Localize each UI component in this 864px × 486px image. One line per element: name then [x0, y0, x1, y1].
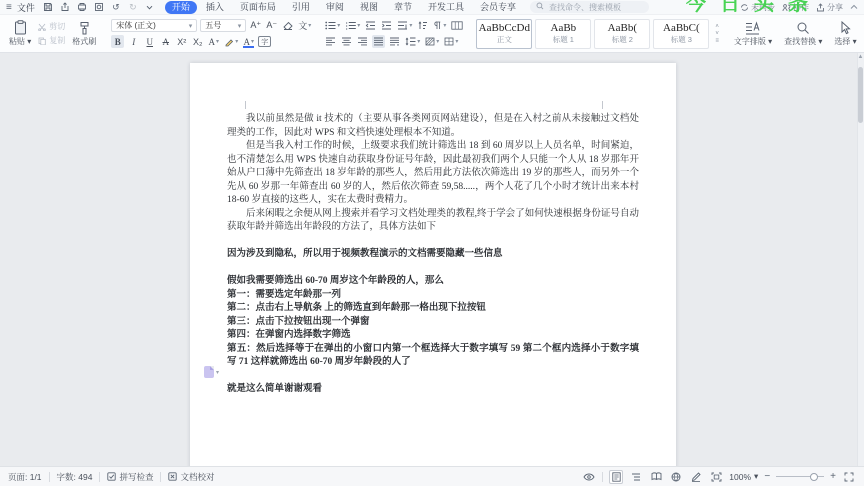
style-正文[interactable]: AaBbCcDd正文 — [476, 19, 532, 49]
show-marks-button[interactable]: ▾ — [432, 19, 447, 32]
menu-tab-视图[interactable]: 视图 — [353, 1, 385, 14]
highlight-color-button[interactable]: ▾ — [223, 35, 239, 48]
menu-tabs: 开始插入页面布局引用审阅视图章节开发工具会员专享 — [165, 1, 523, 14]
align-right-button[interactable] — [356, 35, 369, 48]
doc-paragraph[interactable]: 第五：然后选择等于在弹出的小窗口内第一个框选择大于数字填写 59 第二个框内选择… — [227, 343, 639, 370]
export-icon[interactable] — [59, 2, 71, 13]
style-name: 标题 3 — [671, 36, 692, 44]
text-layout-button[interactable]: 文字排版 ▾ — [731, 17, 775, 50]
menu-tab-插入[interactable]: 插入 — [199, 1, 231, 14]
font-name-select[interactable]: 宋体 (正文)▾ — [111, 19, 197, 32]
find-replace-button[interactable]: 查找替换 ▾ — [781, 17, 825, 50]
print-icon[interactable] — [76, 2, 88, 13]
strikethrough-button[interactable]: A — [159, 35, 172, 48]
grow-font-button[interactable]: A⁺ — [249, 19, 262, 32]
cjk-phonetic-button[interactable]: 文▾ — [297, 19, 312, 32]
vertical-scrollbar[interactable]: ▲ — [857, 53, 864, 466]
doc-paragraph[interactable]: 就是这么简单谢谢观看 — [227, 383, 639, 397]
share-button[interactable]: 分享 — [816, 2, 843, 13]
menu-tab-会员专享[interactable]: 会员专享 — [473, 1, 523, 14]
ribbon: 粘贴 ▾ 剪切 复制 格式刷 宋体 (正文)▾ — [0, 15, 864, 53]
style-name: 标题 2 — [612, 36, 633, 44]
status-bar: 页面: 1/1 字数: 494 拼写检查 文档校对 — [0, 466, 864, 486]
gallery-more-icon: ≡ — [715, 38, 719, 44]
paragraph-mark-icon — [433, 21, 442, 30]
print-preview-icon[interactable] — [93, 2, 105, 13]
style-sample: AaBbC( — [663, 23, 700, 34]
undo-icon[interactable]: ↺ — [110, 2, 122, 13]
statusbar-right-cluster: 100% ▾ − + — [582, 470, 856, 484]
search-icon — [536, 2, 544, 12]
shading-button[interactable]: ▾ — [424, 35, 440, 48]
word-count[interactable]: 字数: 494 — [57, 471, 93, 483]
copy-icon — [38, 37, 46, 45]
style-gallery: AaBbCcDd正文AaBb标题 1AaBb(标题 2AaBbC(标题 3 — [476, 17, 709, 50]
fit-page-icon[interactable] — [709, 470, 723, 484]
italic-button[interactable]: I — [127, 35, 140, 48]
menu-tab-章节[interactable]: 章节 — [387, 1, 419, 14]
eye-protection-icon[interactable] — [582, 470, 596, 484]
menubar-right-cluster: 未同步 协作 分享 — [740, 2, 858, 13]
page-indicator: 页面: 1/1 — [8, 471, 42, 483]
numbered-list-button[interactable]: ▾ — [344, 19, 361, 32]
style-gallery-scroll[interactable]: ˄˅≡ — [715, 17, 719, 50]
redo-icon[interactable]: ↻ — [127, 2, 139, 13]
paste-options-floating-button[interactable]: ▾ — [204, 366, 219, 378]
superscript-button[interactable]: X² — [175, 35, 188, 48]
increase-indent-icon — [381, 21, 392, 30]
shading-icon — [425, 37, 435, 46]
menu-tab-引用[interactable]: 引用 — [285, 1, 317, 14]
grid-paper-icon — [451, 21, 463, 30]
sync-icon — [740, 3, 749, 12]
align-center-button[interactable] — [340, 35, 353, 48]
menu-tab-审阅[interactable]: 审阅 — [319, 1, 351, 14]
document-page[interactable]: 我以前虽然是做 it 技术的（主要从事各类网页网站建设），但是在入村之前从未接触… — [190, 63, 676, 466]
sort-icon — [418, 21, 428, 30]
doc-paragraph[interactable] — [227, 262, 639, 276]
ink-mode-button[interactable] — [689, 470, 703, 484]
style-sample: AaBbCcDd — [479, 23, 530, 34]
shrink-font-button[interactable]: A⁻ — [265, 19, 278, 32]
sort-button[interactable] — [416, 19, 429, 32]
cut-icon — [38, 23, 46, 31]
doc-paragraph[interactable]: 假如我需要筛选出 60-70 周岁这个年龄段的人，那么 — [227, 275, 639, 289]
sync-status[interactable]: 未同步 — [740, 2, 775, 13]
char-border-button[interactable]: 字 — [258, 36, 271, 47]
document-text[interactable]: 我以前虽然是做 it 技术的（主要从事各类网页网站建设），但是在入村之前从未接触… — [227, 113, 639, 397]
distribute-button[interactable] — [388, 35, 401, 48]
subscript-button[interactable]: X₂ — [191, 35, 204, 48]
proofread-button[interactable]: 文档校对 — [168, 471, 214, 483]
menu-tab-开发工具[interactable]: 开发工具 — [421, 1, 471, 14]
text-effects-button[interactable]: A▾ — [207, 35, 220, 48]
style-name: 标题 1 — [553, 36, 574, 44]
borders-icon — [444, 37, 454, 46]
copy-button[interactable]: 复制 — [38, 35, 65, 46]
menu-bar: ≡ 文件 ↺ ↻ 开始插入页面布局引用审阅视图章节开发工具会员专享 — [0, 0, 864, 15]
menu-tab-页面布局[interactable]: 页面布局 — [233, 1, 283, 14]
text-layout-icon — [745, 21, 760, 35]
increase-indent-button[interactable] — [380, 19, 393, 32]
collapse-ribbon-icon[interactable] — [850, 3, 858, 12]
doc-paragraph[interactable]: 因为涉及到隐私，所以用于视频教程演示的文档需要隐藏一些信息 — [227, 248, 639, 262]
find-replace-icon — [796, 21, 810, 35]
margin-mark — [602, 101, 603, 109]
decrease-indent-button[interactable] — [364, 19, 377, 32]
read-mode-button[interactable] — [649, 470, 663, 484]
scrollbar-thumb[interactable] — [858, 67, 863, 123]
share-icon — [816, 3, 825, 12]
bullet-list-icon — [325, 21, 336, 30]
zoom-level[interactable]: 100% ▾ — [729, 471, 758, 482]
outline-view-button[interactable] — [629, 470, 643, 484]
chevron-down-icon: ▾ — [216, 369, 219, 376]
bold-button[interactable]: B — [111, 35, 124, 48]
zoom-out-button[interactable]: − — [764, 472, 770, 482]
align-left-button[interactable] — [324, 35, 337, 48]
style-标题 3[interactable]: AaBbC(标题 3 — [653, 19, 709, 49]
spell-check-button[interactable]: 拼写检查 — [107, 471, 153, 483]
file-menu-button[interactable]: 文件 — [17, 1, 35, 14]
gallery-down-icon: ˅ — [715, 31, 719, 37]
doc-paragraph[interactable]: 但是当我入村工作的时候，上级要求我们统计筛选出 18 到 60 周岁以上人员名单… — [227, 140, 639, 208]
line-spacing-button[interactable]: ▾ — [404, 35, 421, 48]
command-search[interactable] — [530, 1, 649, 13]
hamburger-icon[interactable]: ≡ — [6, 2, 12, 13]
wps-writer-window: ≡ 文件 ↺ ↻ 开始插入页面布局引用审阅视图章节开发工具会员专享 — [0, 0, 864, 486]
paragraph-group: ▾ ▾ ▾ ▾ — [324, 17, 464, 50]
cursor-arrow-icon — [839, 21, 851, 35]
collaborate-button[interactable]: 协作 — [782, 2, 809, 13]
borders-button[interactable]: ▾ — [443, 35, 459, 48]
doc-paragraph[interactable]: 第二：点击右上导航条 上的筛选直到年龄那一格出现下拉按钮 — [227, 302, 639, 316]
line-spacing-icon — [405, 37, 416, 46]
style-标题 2[interactable]: AaBb(标题 2 — [594, 19, 650, 49]
text-direction-icon — [397, 21, 408, 30]
text-direction-button[interactable]: ▾ — [396, 19, 413, 32]
style-name: 正文 — [497, 36, 512, 44]
format-painter-button[interactable]: 格式刷 — [69, 21, 99, 47]
document-area: 我以前虽然是做 it 技术的（主要从事各类网页网站建设），但是在入村之前从未接触… — [0, 53, 864, 466]
quickbar-more-icon[interactable] — [144, 2, 156, 13]
style-sample: AaBb — [551, 23, 577, 34]
spell-check-icon — [107, 472, 116, 481]
underline-button[interactable]: U — [143, 35, 156, 48]
page-view-button[interactable] — [609, 470, 623, 484]
doc-paragraph[interactable]: 第三：点击下拉按钮出现一个弹窗 — [227, 316, 639, 330]
zoom-slider[interactable] — [776, 476, 824, 477]
manuscript-grid-button[interactable] — [450, 19, 464, 32]
doc-paragraph[interactable] — [227, 370, 639, 384]
font-size-select[interactable]: 五号▾ — [200, 19, 246, 32]
clipboard-group: 粘贴 ▾ 剪切 复制 格式刷 — [6, 17, 99, 50]
fullscreen-icon[interactable] — [842, 470, 856, 484]
document-icon — [204, 366, 214, 378]
cut-button[interactable]: 剪切 — [38, 21, 65, 32]
zoom-slider-knob[interactable] — [810, 473, 818, 481]
style-sample: AaBb( — [608, 23, 637, 34]
search-input[interactable] — [547, 2, 643, 13]
doc-paragraph[interactable]: 第一：需要选定年龄那一列 — [227, 289, 639, 303]
margin-mark — [245, 101, 246, 109]
style-标题 1[interactable]: AaBb标题 1 — [535, 19, 591, 49]
menu-tab-开始[interactable]: 开始 — [165, 1, 197, 14]
eraser-icon — [283, 21, 293, 31]
numbered-list-icon — [345, 21, 356, 30]
justify-button[interactable] — [372, 35, 385, 48]
select-button[interactable]: 选择 ▾ — [831, 17, 859, 50]
doc-paragraph[interactable]: 后来闲暇之余便从网上搜索并看学习文档处理类的教程,终于学会了如何快速根据身份证号… — [227, 208, 639, 235]
proofread-icon — [168, 472, 177, 481]
bullet-list-button[interactable]: ▾ — [324, 19, 341, 32]
doc-paragraph[interactable] — [227, 235, 639, 249]
web-layout-button[interactable] — [669, 470, 683, 484]
doc-paragraph[interactable]: 我以前虽然是做 it 技术的（主要从事各类网页网站建设），但是在入村之前从未接触… — [227, 113, 639, 140]
scroll-up-icon[interactable]: ▲ — [857, 53, 864, 62]
highlighter-icon — [224, 37, 234, 47]
decrease-indent-icon — [365, 21, 376, 30]
save-icon[interactable] — [42, 2, 54, 13]
paste-icon — [14, 20, 27, 35]
format-painter-icon — [78, 21, 91, 35]
gallery-up-icon: ˄ — [715, 24, 719, 30]
clear-format-button[interactable] — [281, 19, 294, 32]
zoom-in-button[interactable]: + — [830, 472, 836, 482]
collaborate-icon — [782, 3, 791, 12]
paste-button[interactable]: 粘贴 ▾ — [6, 20, 34, 47]
doc-paragraph[interactable]: 第四：在弹窗内选择数字筛选 — [227, 329, 639, 343]
font-group: 宋体 (正文)▾ 五号▾ A⁺ A⁻ 文▾ B I U A X² X₂ A▾ — [111, 17, 312, 50]
font-color-button[interactable]: A▾ — [242, 35, 255, 48]
